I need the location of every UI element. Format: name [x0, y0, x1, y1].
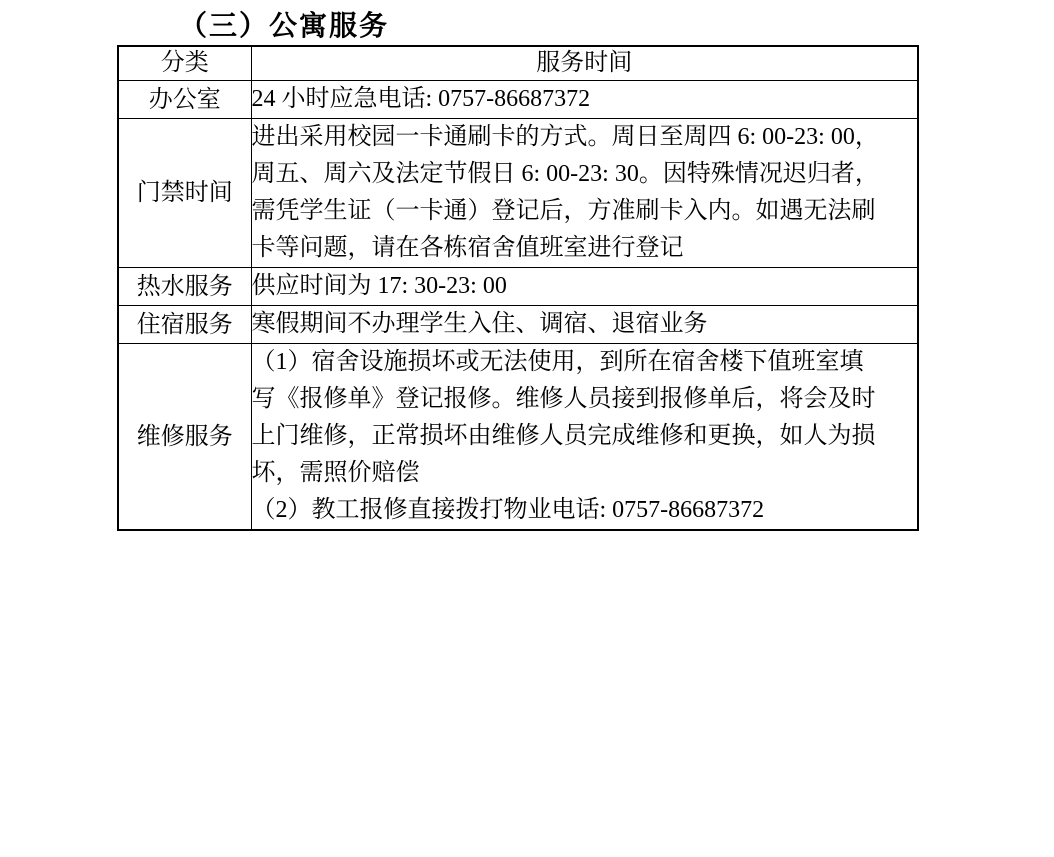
table-row-lodging: 住宿服务 寒假期间不办理学生入住、调宿、退宿业务: [118, 306, 918, 344]
category-cell-hot-water: 热水服务: [118, 268, 251, 306]
table-header-row: 分类 服务时间: [118, 46, 918, 81]
section-heading: （三）公寓服务: [179, 4, 389, 44]
table-row-access-control: 门禁时间 进出采用校园一卡通刷卡的方式。周日至周四 6: 00-23: 00， …: [118, 119, 918, 268]
category-cell-repair: 维修服务: [118, 344, 251, 531]
content-cell-access-control: 进出采用校园一卡通刷卡的方式。周日至周四 6: 00-23: 00， 周五、周六…: [251, 119, 918, 268]
content-cell-hot-water: 供应时间为 17: 30-23: 00: [251, 268, 918, 306]
category-cell-access-control: 门禁时间: [118, 119, 251, 268]
content-cell-office: 24 小时应急电话: 0757-86687372: [251, 81, 918, 119]
content-cell-lodging: 寒假期间不办理学生入住、调宿、退宿业务: [251, 306, 918, 344]
content-cell-repair: （1）宿舍设施损坏或无法使用，到所在宿舍楼下值班室填 写《报修单》登记报修。维修…: [251, 344, 918, 531]
table-row-office: 办公室 24 小时应急电话: 0757-86687372: [118, 81, 918, 119]
table-row-repair: 维修服务 （1）宿舍设施损坏或无法使用，到所在宿舍楼下值班室填 写《报修单》登记…: [118, 344, 918, 531]
category-cell-office: 办公室: [118, 81, 251, 119]
services-table: 分类 服务时间 办公室 24 小时应急电话: 0757-86687372 门禁时…: [117, 45, 919, 531]
document-page: （三）公寓服务 分类 服务时间 办公室 24 小时应急电话: 0757-8668…: [0, 0, 1054, 857]
category-cell-lodging: 住宿服务: [118, 306, 251, 344]
header-cell-service-time: 服务时间: [251, 46, 918, 81]
table-row-hot-water: 热水服务 供应时间为 17: 30-23: 00: [118, 268, 918, 306]
header-cell-category: 分类: [118, 46, 251, 81]
